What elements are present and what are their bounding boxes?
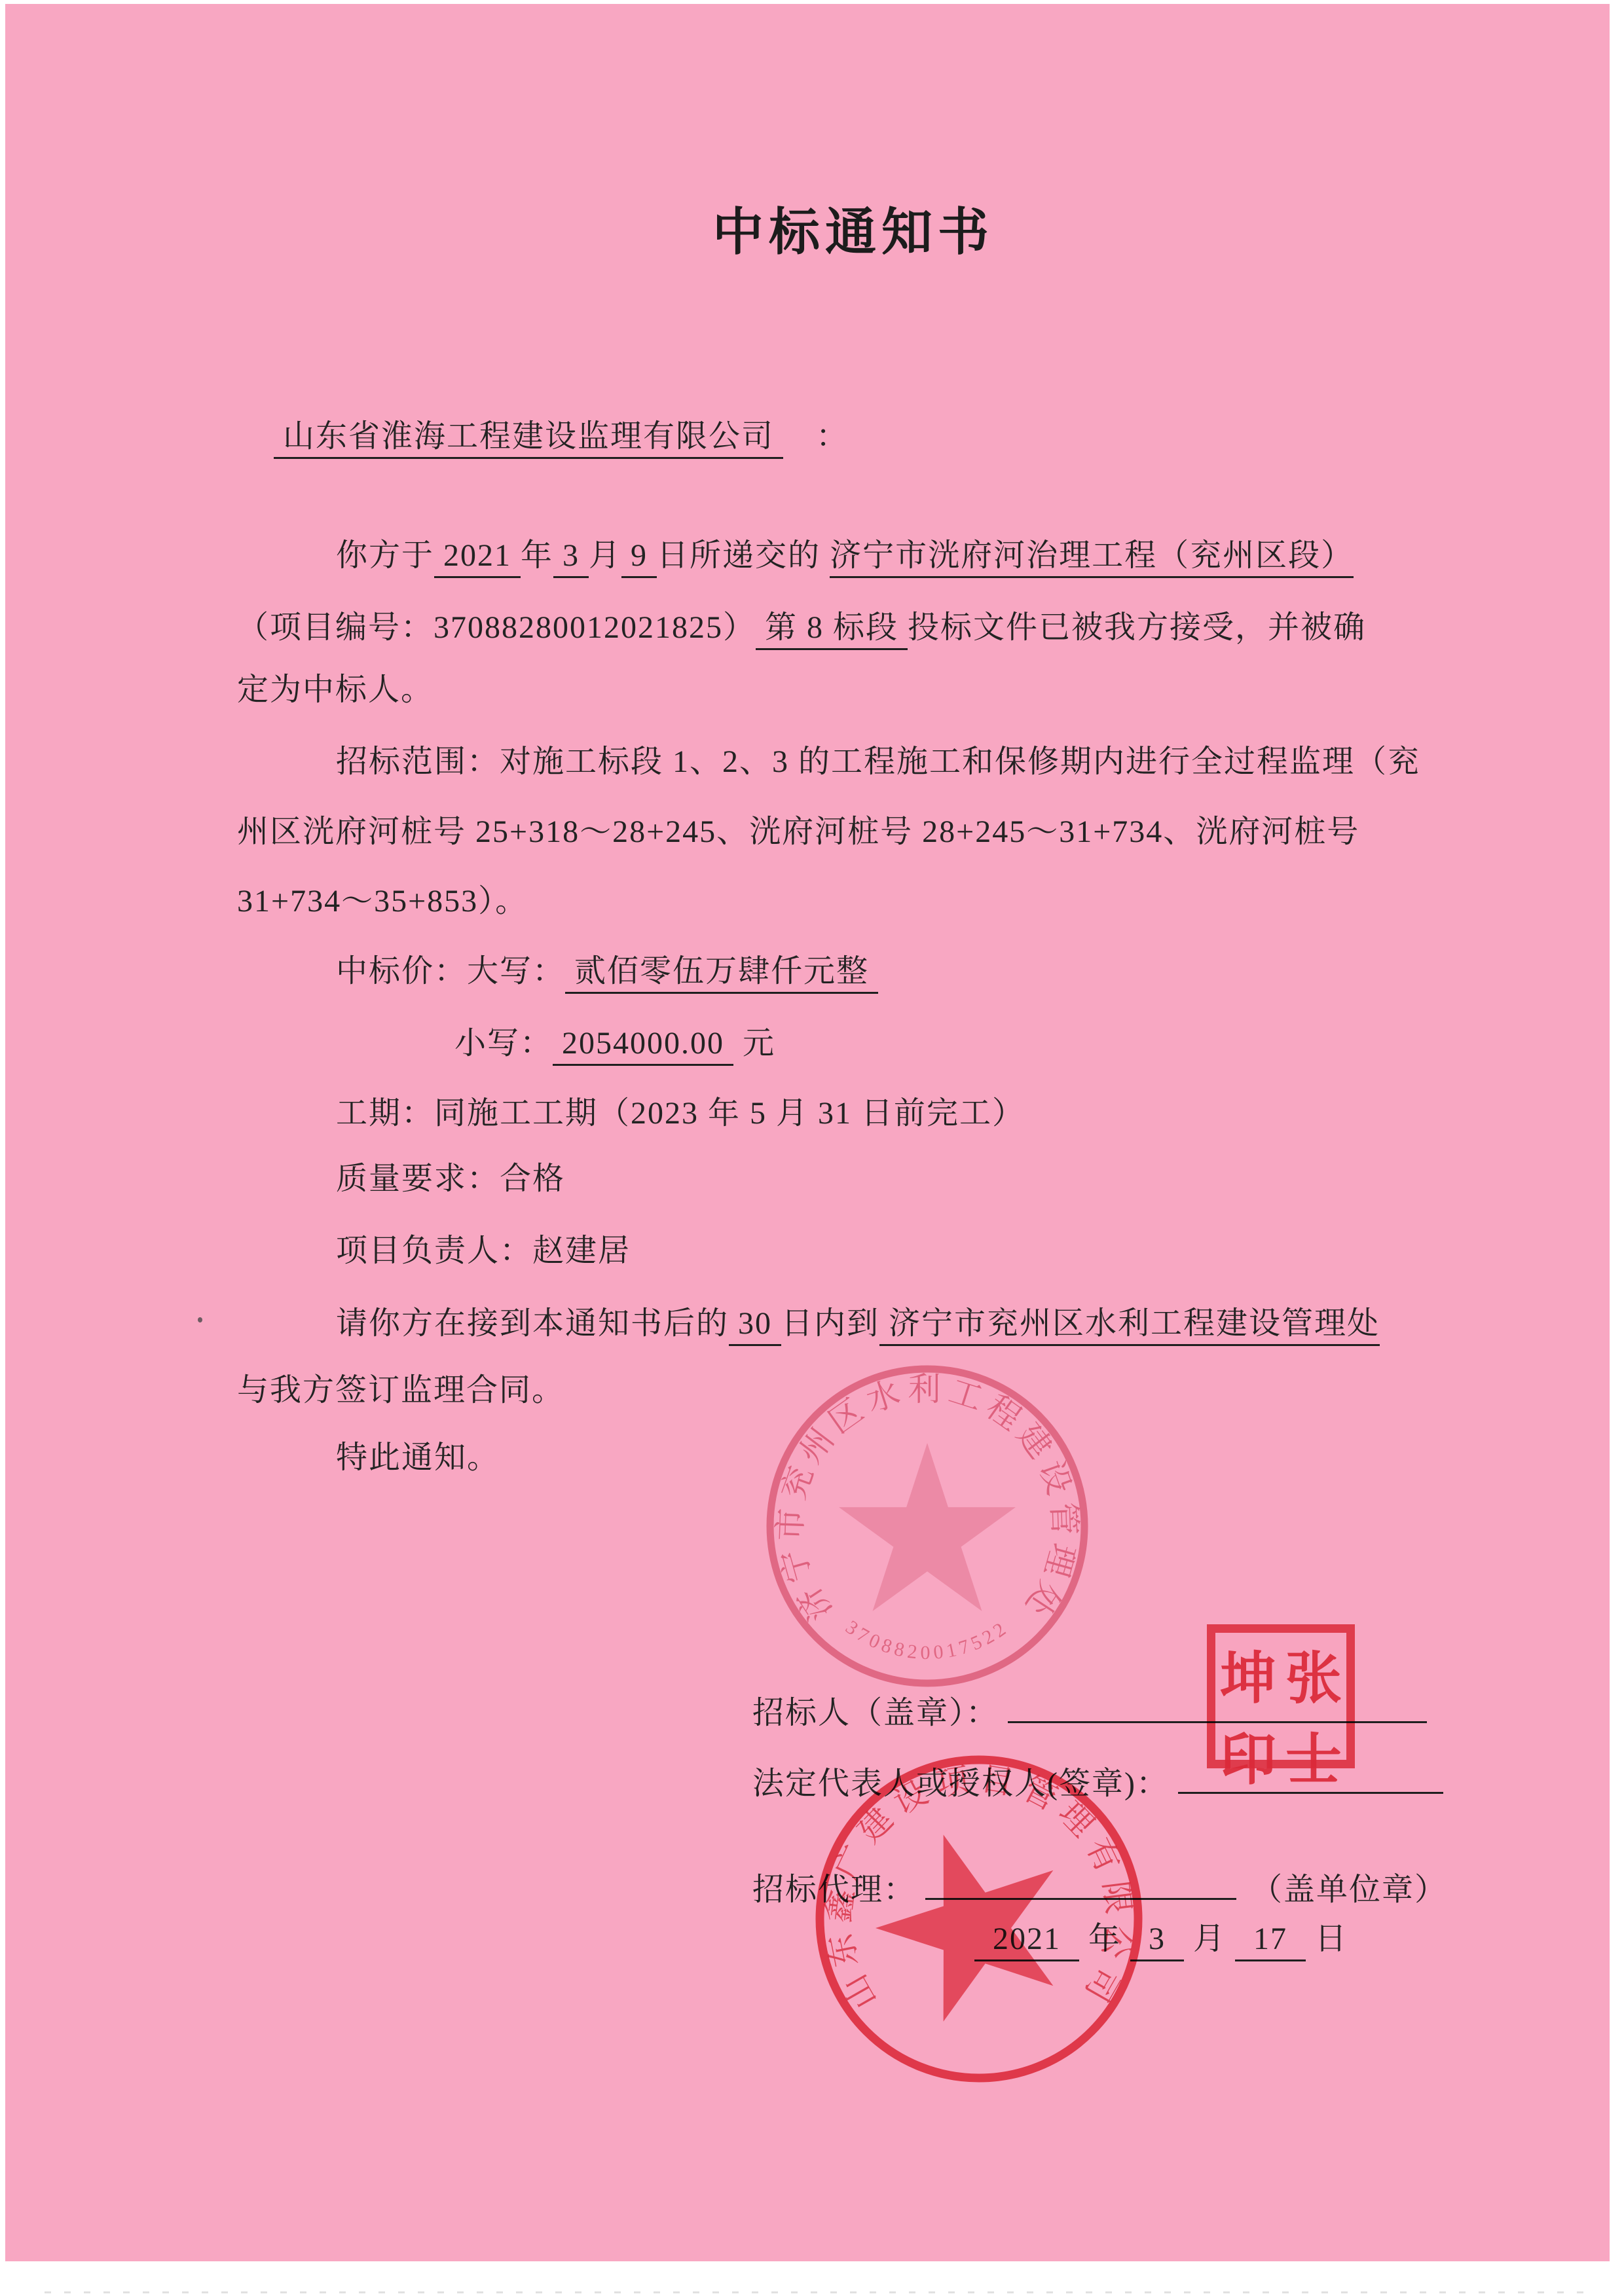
text-segment: 工期：同施工工期（2023 年 5 月 31 日前完工） bbox=[336, 1096, 1025, 1131]
text-segment: （项目编号：37088280012021825） bbox=[237, 610, 756, 645]
text-segment: 山东省淮海工程建设监理有限公司 bbox=[274, 419, 783, 459]
text-segment: 与我方签订监理合同。 bbox=[237, 1373, 564, 1408]
text-segment: 日内到 bbox=[781, 1306, 879, 1341]
text-segment: 30 bbox=[729, 1306, 781, 1346]
scanner-noise-line bbox=[45, 2291, 1590, 2293]
text-segment: 定为中标人。 bbox=[237, 672, 434, 707]
body-line-project-manager: 项目负责人：赵建居 bbox=[336, 1231, 631, 1271]
body-line-duration: 工期：同施工工期（2023 年 5 月 31 日前完工） bbox=[336, 1093, 1025, 1134]
text-segment: 济宁市洸府河治理工程（兖州区段） bbox=[830, 538, 1354, 578]
star-icon bbox=[855, 1806, 1087, 2032]
text-segment: 月 bbox=[589, 538, 621, 573]
body-line-price-figures: 小写： 2054000.00 元 bbox=[454, 1023, 775, 1064]
unit-seal-note: （盖单位章） bbox=[1251, 1872, 1447, 1907]
text-segment: 2054000.00 bbox=[553, 1026, 733, 1066]
salutation-line: 山东省淮海工程建设监理有限公司 ： bbox=[274, 416, 849, 457]
text-segment: ： bbox=[783, 419, 849, 454]
body-line-conclude: 特此通知。 bbox=[336, 1438, 500, 1478]
text-segment: 你方于 bbox=[336, 538, 434, 573]
text-segment: 9 bbox=[621, 538, 657, 578]
text-segment: 17 bbox=[1235, 1922, 1306, 1961]
seal-char: 张 bbox=[1281, 1633, 1346, 1714]
text-segment: 日 bbox=[1306, 1922, 1348, 1956]
text-segment: 质量要求：合格 bbox=[336, 1161, 565, 1196]
seal-char: 士 bbox=[1281, 1714, 1346, 1795]
text-segment: 招标范围：对施工标段 1、2、3 的工程施工和保修期内进行全过程监理（兖 bbox=[336, 744, 1420, 779]
text-segment: 第 8 标段 bbox=[756, 610, 908, 650]
text-segment: 31+734～35+853）。 bbox=[237, 884, 528, 919]
text-segment: 贰佰零伍万肆仟元整 bbox=[565, 954, 878, 994]
page-title: 中标通知书 bbox=[712, 199, 994, 265]
body-line-price-words: 中标价：大写： 贰佰零伍万肆仟元整 bbox=[336, 951, 878, 992]
agency-round-stamp: 山东鑫广建设项目管理有限公司 bbox=[802, 1743, 1156, 2097]
scanned-document: { "page": {"paper_color": "#f8a7c2", "te… bbox=[0, 0, 1624, 2296]
body-line-quality: 质量要求：合格 bbox=[336, 1159, 565, 1199]
text-segment: 月 bbox=[1184, 1922, 1235, 1956]
body-line-awarded: 定为中标人。 bbox=[237, 670, 434, 710]
body-line-notice-1: 请你方在接到本通知书后的 30 日内到 济宁市兖州区水利工程建设管理处 bbox=[336, 1303, 1380, 1344]
text-segment: 小写： bbox=[454, 1026, 553, 1061]
text-segment: 元 bbox=[733, 1026, 775, 1061]
text-segment: 项目负责人：赵建居 bbox=[336, 1233, 631, 1268]
ink-dot bbox=[198, 1317, 202, 1322]
text-segment: 济宁市兖州区水利工程建设管理处 bbox=[879, 1306, 1380, 1346]
text-segment: 2021 bbox=[434, 538, 521, 578]
star-icon bbox=[839, 1443, 1016, 1611]
text-segment: 日所递交的 bbox=[657, 538, 830, 573]
text-segment: 特此通知。 bbox=[336, 1440, 500, 1475]
personal-name-seal: 坤 张 印 士 bbox=[1207, 1624, 1355, 1768]
text-segment: 投标文件已被我方接受，并被确 bbox=[908, 610, 1366, 645]
pink-paper-page: 中标通知书 山东省淮海工程建设监理有限公司 ： 你方于 2021 年 3 月 9… bbox=[5, 4, 1610, 2261]
body-line-notice-2: 与我方签订监理合同。 bbox=[237, 1370, 564, 1411]
body-line-scope-3: 31+734～35+853）。 bbox=[237, 881, 528, 922]
text-segment: 州区洸府河桩号 25+318～28+245、洸府河桩号 28+245～31+73… bbox=[237, 814, 1359, 849]
water-bureau-round-stamp: 济宁市兖州区水利工程建设管理处 3708820017522 bbox=[757, 1356, 1098, 1696]
text-segment: 请你方在接到本通知书后的 bbox=[336, 1306, 729, 1341]
stamp-serial-number: 3708820017522 bbox=[841, 1616, 1013, 1664]
body-line-scope-1: 招标范围：对施工标段 1、2、3 的工程施工和保修期内进行全过程监理（兖 bbox=[336, 742, 1420, 782]
body-line-project-no: （项目编号：37088280012021825） 第 8 标段 投标文件已被我方… bbox=[237, 608, 1366, 648]
text-segment: 年 bbox=[521, 538, 553, 573]
body-line-submission: 你方于 2021 年 3 月 9 日所递交的 济宁市洸府河治理工程（兖州区段） bbox=[336, 536, 1354, 576]
body-line-scope-2: 州区洸府河桩号 25+318～28+245、洸府河桩号 28+245～31+73… bbox=[237, 812, 1359, 852]
seal-char: 印 bbox=[1215, 1714, 1281, 1795]
text-segment: 3 bbox=[553, 538, 589, 578]
text-segment: 中标价：大写： bbox=[336, 954, 565, 989]
seal-char: 坤 bbox=[1215, 1633, 1281, 1714]
